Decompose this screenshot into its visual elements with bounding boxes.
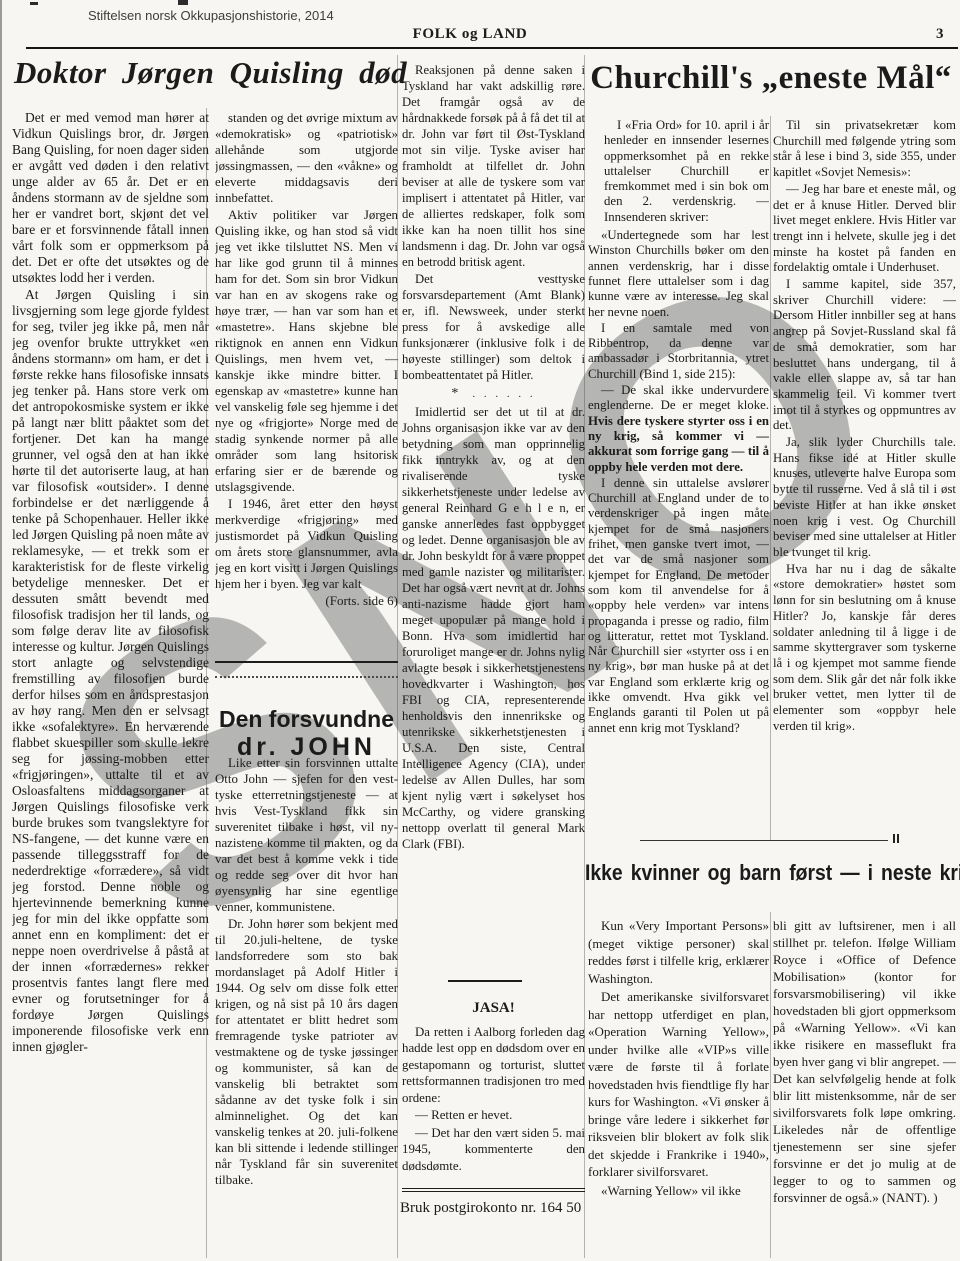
asterisk-divider: *. . . . . .	[402, 386, 585, 402]
double-rule	[402, 1188, 585, 1192]
section-rule	[215, 661, 398, 663]
article-paragraph: bli gitt av luftsirener, men i all still…	[773, 917, 956, 1206]
article-paragraph: Det er med vemod man hører at Vidkun Qui…	[12, 110, 209, 286]
scan-edge-line	[0, 0, 2, 1261]
jasa-title: JASA!	[402, 1000, 585, 1017]
vip-column-right: bli gitt av luftsirener, men i all still…	[773, 917, 956, 1259]
column-rule	[770, 116, 771, 840]
quote-normal: — De skal ikke undervurdere englenderne.…	[588, 383, 769, 412]
john-headline-line1: Den forsvundne	[215, 706, 398, 732]
article-paragraph: Til sin privatsekretær kom Churchill med…	[773, 118, 956, 181]
article-paragraph: I en samtale med von Ribbentrop, da denn…	[588, 321, 769, 382]
article-paragraph: — Det har den vært siden 5. mai 1945, ko…	[402, 1125, 585, 1175]
article-paragraph: Dr. John hører som bekjent med til 20.ju…	[215, 916, 398, 1188]
article-quote: — De skal ikke undervurdere englenderne.…	[588, 383, 769, 475]
column-rule	[770, 912, 771, 1258]
section-dash-rule	[640, 840, 888, 841]
quisling-headline: Doktor Jørgen Quisling død	[14, 56, 400, 90]
article-paragraph: «Undertegnede som har lest Winston Churc…	[588, 228, 769, 320]
jasa-source: (Nationen 4/33-47).	[402, 1179, 585, 1182]
page-number: 3	[936, 26, 944, 43]
article-paragraph: standen og det øvrige mixtum av «demokra…	[215, 110, 398, 206]
article-paragraph: Like etter sin forsvinnen uttalte Otto J…	[215, 755, 398, 915]
continuation-note: (Forts. side 6)	[215, 593, 398, 609]
short-rule	[448, 980, 522, 982]
printer-ornament	[893, 834, 899, 843]
article-paragraph: I denne sin uttalelse avslører Churchill…	[588, 476, 769, 736]
article-paragraph: Ja, slik lyder Churchills tale. Hans fik…	[773, 435, 956, 561]
header-rule	[26, 47, 958, 49]
article-paragraph: — Retten er hevet.	[402, 1107, 585, 1124]
john-column-2: Like etter sin forsvinnen uttalte Otto J…	[215, 755, 398, 1255]
jasa-section: JASA! Da retten i Aalborg forleden dag h…	[402, 1000, 585, 1182]
vip-headline: Ikke kvinner og barn først — i neste kri…	[585, 860, 912, 886]
john-column-3: Reaksjonen på denne saken i Tyskland har…	[402, 62, 585, 976]
article-paragraph: At Jørgen Quisling i sin livsgjerning so…	[12, 287, 209, 1055]
scan-speck	[178, 0, 188, 5]
scan-speck	[30, 2, 38, 5]
article-paragraph: Hva har nu i dag de såkalte «store demok…	[773, 562, 956, 735]
quisling-column-2: standen og det øvrige mixtum av «demokra…	[215, 110, 398, 650]
article-paragraph: «Warning Yellow» vil ikke	[588, 1182, 769, 1200]
article-paragraph: Det vesttyske forsvarsdepartement (Amt B…	[402, 271, 585, 383]
article-paragraph: Da retten i Aalborg forleden dag hadde l…	[402, 1024, 585, 1107]
masthead-title: FOLK og LAND	[370, 26, 570, 43]
churchill-column-4: I «Fria Ord» for 10. april i år henleder…	[588, 118, 769, 832]
postgiro-notice: Bruk postgirokonto nr. 164 50	[400, 1200, 587, 1217]
quote-bold: Hvis dere tyskere styrter oss i en ny kr…	[588, 414, 769, 474]
dotted-rule	[215, 676, 398, 678]
newspaper-page: SNO Stiftelsen norsk Okkupasjonshistorie…	[0, 0, 960, 1261]
article-paragraph: Kun «Very Important Persons» (meget vikt…	[588, 917, 769, 987]
article-paragraph: Det amerikanske sivilforsvaret har netto…	[588, 988, 769, 1181]
article-paragraph: I samme kapitel, side 357, skriver Churc…	[773, 277, 956, 434]
article-intro: I «Fria Ord» for 10. april i år henleder…	[604, 118, 769, 225]
article-paragraph: Reaksjonen på denne saken i Tyskland har…	[402, 62, 585, 270]
quisling-column-1: Det er med vemod man hører at Vidkun Qui…	[12, 110, 209, 1256]
article-paragraph: Imidlertid ser det ut til at dr. Johns o…	[402, 404, 585, 852]
churchill-column-5: Til sin privatsekretær kom Churchill med…	[773, 118, 956, 834]
john-headline: Den forsvundnedr. JOHN	[215, 706, 398, 762]
article-paragraph: Aktiv politiker var Jørgen Quisling ikke…	[215, 207, 398, 495]
divider-dots: . . . . . .	[458, 388, 535, 400]
vip-column-left: Kun «Very Important Persons» (meget vikt…	[588, 917, 769, 1257]
article-paragraph: — Jeg har bare et eneste mål, og det er …	[773, 182, 956, 276]
provenance-note: Stiftelsen norsk Okkupasjonshistorie, 20…	[88, 8, 334, 23]
article-paragraph: I 1946, året etter den høyst merkverdige…	[215, 496, 398, 592]
churchill-headline: Churchill's „eneste Mål“	[585, 60, 957, 96]
